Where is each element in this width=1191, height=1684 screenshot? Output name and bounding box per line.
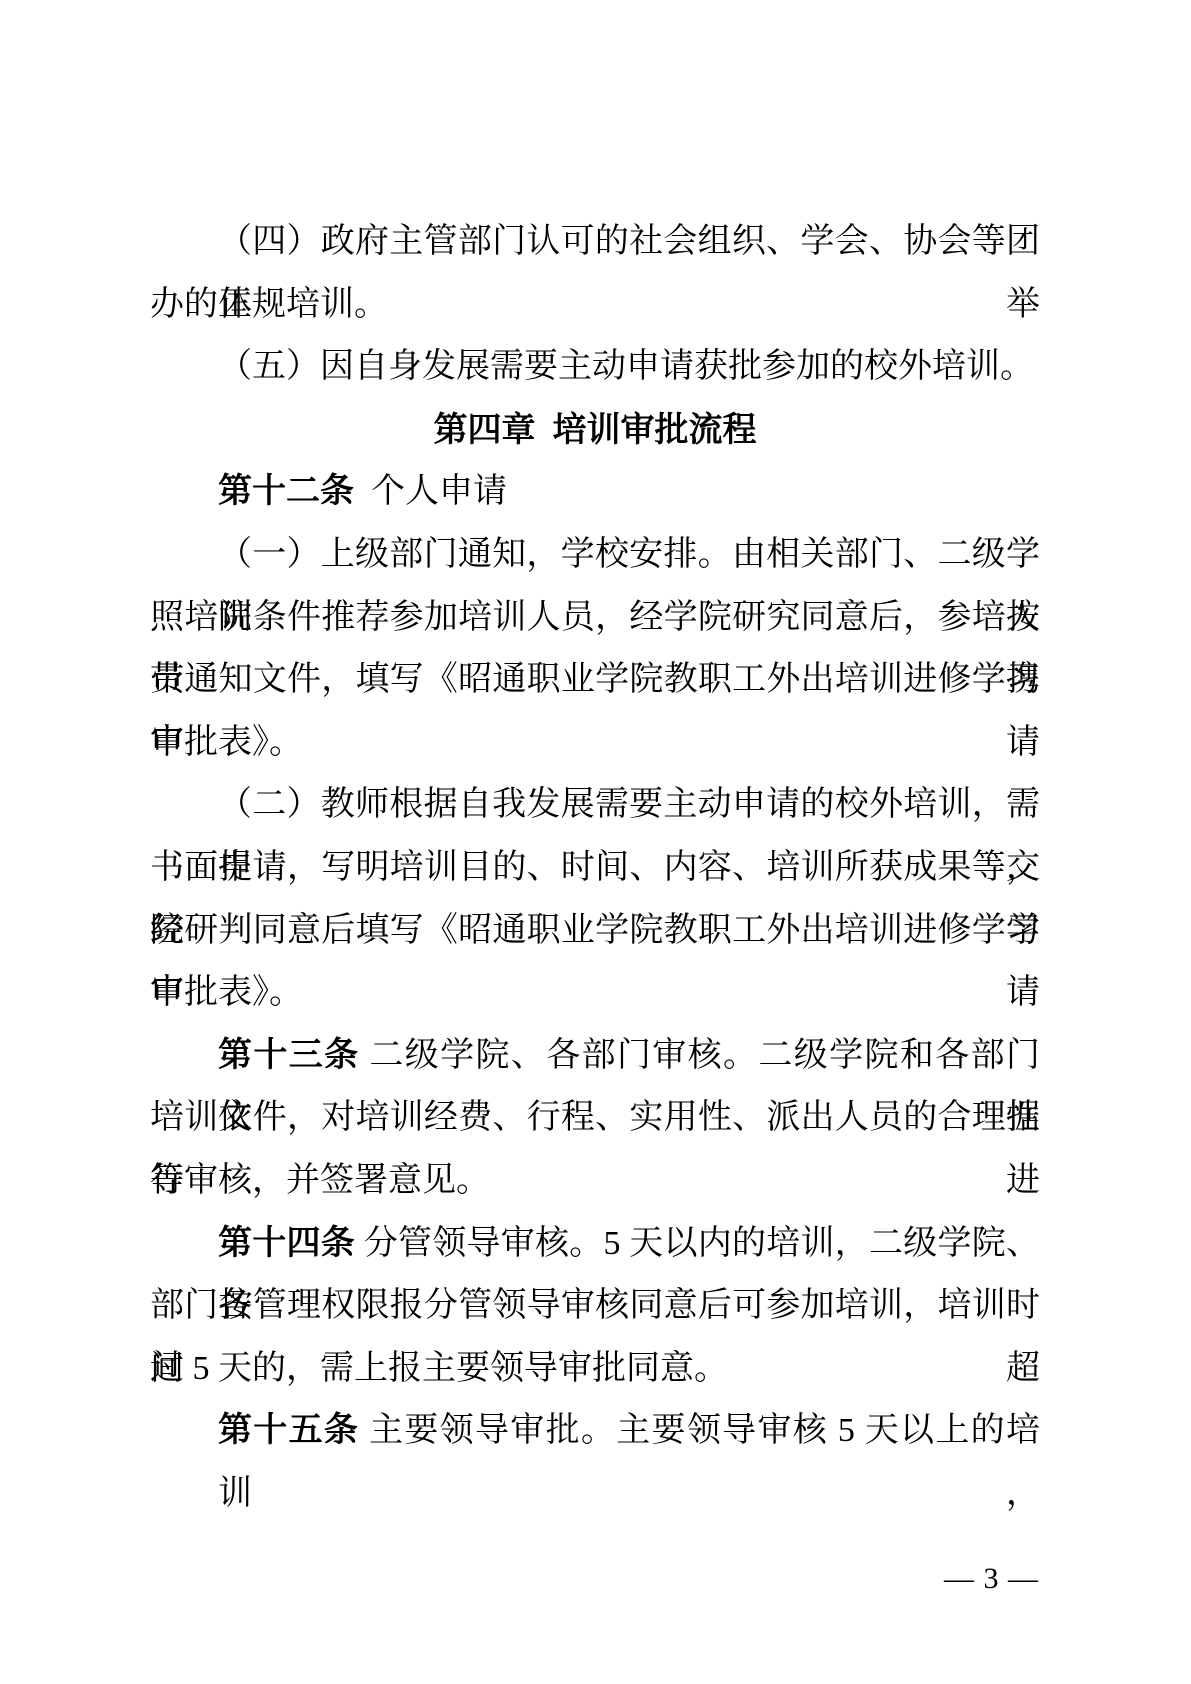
text-line: 带通知文件，填写《昭通职业学院教职工外出培训进修学习申请 [150,649,1040,712]
article-number-bold: 第四章 培训审批流程 [434,411,757,449]
text-segment: 审批表》。 [150,724,303,761]
article-number-bold: 第十二条 [218,473,354,510]
article-number-bold: 第十五条 [218,1412,359,1449]
document-page: （四）政府主管部门认可的社会组织、学会、协会等团体举办的正规培训。（五）因自身发… [0,0,1191,1684]
chapter-heading: 第四章 培训审批流程 [150,399,1040,462]
text-line: 院研判同意后填写《昭通职业学院教职工外出培训进修学习申请 [150,900,1040,963]
article-number-bold: 第十三条 [218,1037,359,1074]
text-segment: 办的正规培训。 [150,286,388,323]
text-segment: （五）因自身发展需要主动申请获批参加的校外培训。 [218,348,1034,385]
text-line: 培训文件，对培训经费、行程、实用性、派出人员的合理性等进 [150,1087,1040,1150]
text-line: 第十二条 个人申请 [150,461,1040,524]
text-line: 部门按管理权限报分管领导审核同意后可参加培训，培训时间超 [150,1275,1040,1338]
document-body: （四）政府主管部门认可的社会组织、学会、协会等团体举办的正规培训。（五）因自身发… [150,211,1040,1463]
text-segment: 行审核，并签署意见。 [150,1162,490,1199]
text-segment: 个人申请 [354,473,507,510]
article-number-bold: 第十四条 [218,1225,355,1262]
text-line: 照培训条件推荐参加培训人员，经学院研究同意后，参培人员携 [150,587,1040,650]
text-segment: 过 5 天的，需上报主要领导审批同意。 [150,1350,728,1387]
text-line: （一）上级部门通知，学校安排。由相关部门、二级学院按 [150,524,1040,587]
text-line: 第十四条 分管领导审核。5 天以内的培训，二级学院、各 [150,1213,1040,1276]
text-line: （五）因自身发展需要主动申请获批参加的校外培训。 [150,336,1040,399]
text-line: （四）政府主管部门认可的社会组织、学会、协会等团体举 [150,211,1040,274]
text-segment: 审批表》。 [150,974,303,1011]
text-line: 第十三条 二级学院、各部门审核。二级学院和各部门依据 [150,1025,1040,1088]
text-line: （二）教师根据自我发展需要主动申请的校外培训，需提交 [150,774,1040,837]
text-line: 第十五条 主要领导审批。主要领导审核 5 天以上的培训， [150,1400,1040,1463]
text-line: 书面申请，写明培训目的、时间、内容、培训所获成果等，经学 [150,837,1040,900]
page-number: — 3 — [944,1558,1039,1600]
